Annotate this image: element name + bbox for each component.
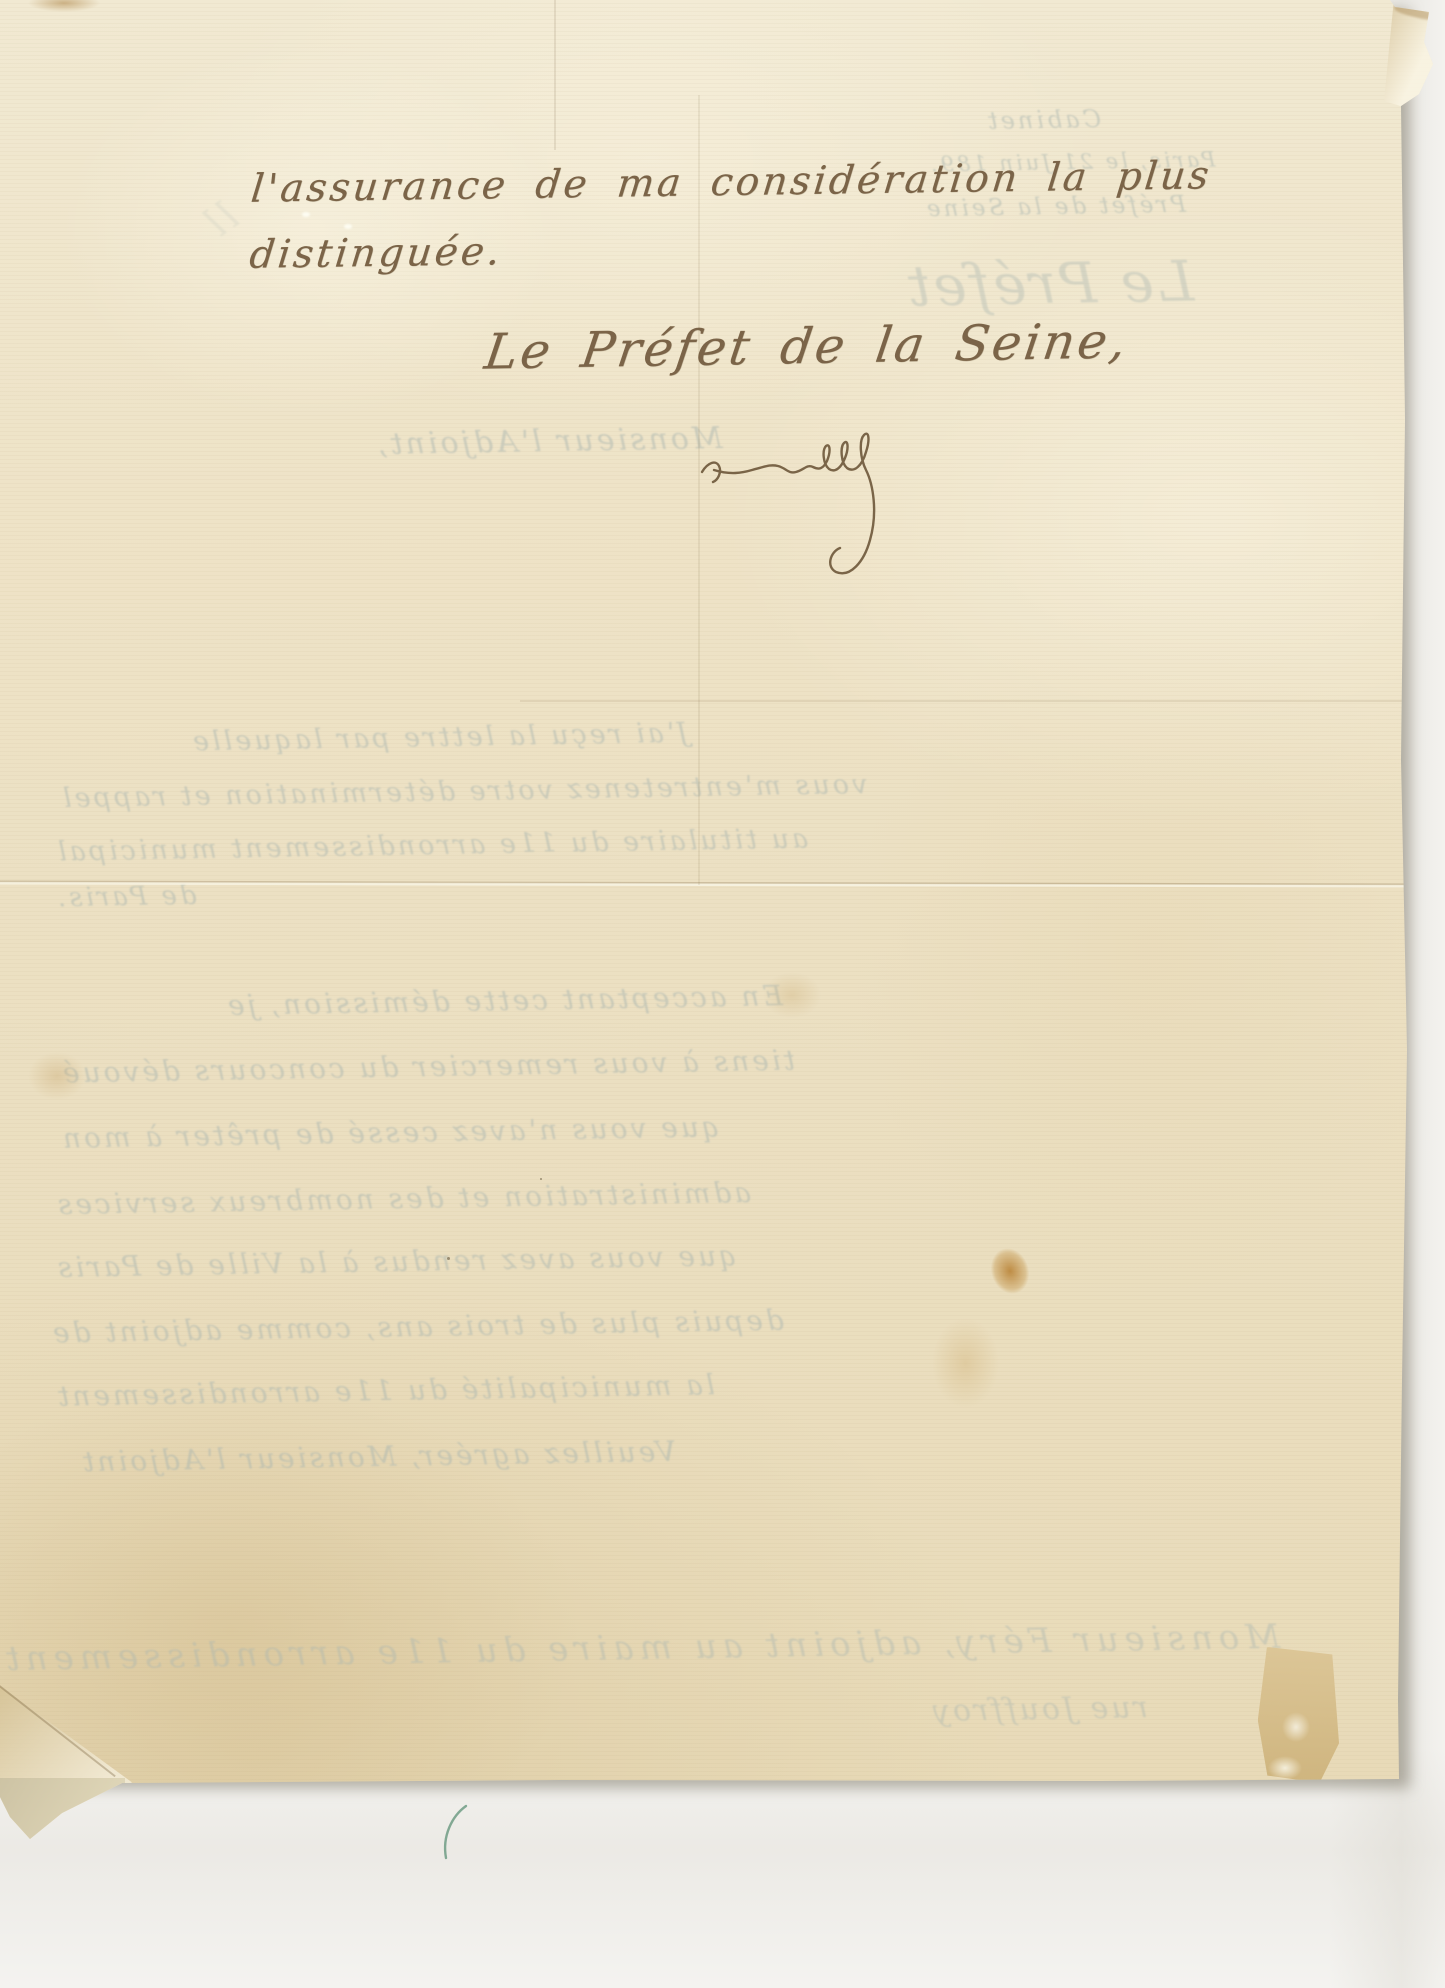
bleed-body-line: de Paris.: [55, 881, 197, 913]
paper-pressure-dent: [302, 212, 310, 217]
green-pen-mark-drawing: [432, 1802, 476, 1862]
letter-paper: Cabinet Paris, le 21 Juin 189. Préfet de…: [0, 0, 1445, 1988]
scanned-letter-page: Cabinet Paris, le 21 Juin 189. Préfet de…: [0, 0, 1445, 1988]
letter-closing: Le Préfet de la Seine,: [481, 312, 1132, 380]
fold-crease-vertical: [698, 95, 700, 885]
bottom-right-damage-flake: [1282, 1712, 1310, 1742]
signature-poubelle: [692, 420, 902, 610]
bottom-right-damage-flake: [1268, 1756, 1302, 1780]
stain-smudge: [918, 1298, 1013, 1428]
bleed-letterhead-flourish: Le Préfet: [904, 249, 1194, 319]
paper-pressure-dent: [344, 224, 352, 229]
letter-body-line-2: distinguée.: [247, 229, 505, 278]
fold-crease-vertical-top: [554, 0, 556, 150]
bleed-salutation: Monsieur l'Adjoint,: [375, 421, 723, 462]
left-margin-stain: [28, 1052, 86, 1100]
green-pen-mark: [432, 1802, 476, 1862]
fold-crease-horizontal-faint: [520, 700, 1406, 702]
mid-page-stain: [763, 972, 821, 1018]
bleed-footer-line: rue Jouffroy: [930, 1690, 1148, 1729]
bleed-letterhead-line: Cabinet: [985, 105, 1101, 135]
age-mottle: [850, 600, 1445, 1300]
signature-scrawl-drawing: [692, 420, 902, 610]
paper-speck: [447, 1257, 450, 1260]
paper-speck: [540, 1178, 542, 1180]
